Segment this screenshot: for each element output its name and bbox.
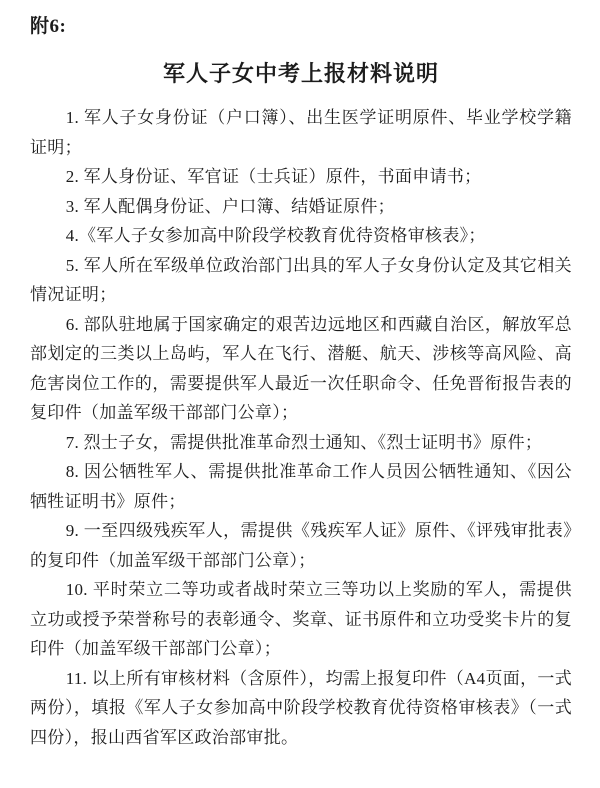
list-item-7: 7. 烈士子女，需提供批准革命烈士通知、《烈士证明书》原件；	[30, 428, 572, 458]
list-item-11: 11. 以上所有审核材料（含原件），均需上报复印件（A4页面，一式两份），填报《…	[30, 664, 572, 753]
document-title: 军人子女中考上报材料说明	[30, 60, 572, 88]
list-item-5: 5. 军人所在军级单位政治部门出具的军人子女身份认定及其它相关情况证明；	[30, 251, 572, 310]
list-item-4: 4.《军人子女参加高中阶段学校教育优待资格审核表》；	[30, 221, 572, 251]
annex-label: 附6:	[30, 14, 572, 40]
document-body: 1. 军人子女身份证（户口簿）、出生医学证明原件、毕业学校学籍证明； 2. 军人…	[30, 103, 572, 752]
list-item-8: 8. 因公牺牲军人、需提供批准革命工作人员因公牺牲通知、《因公牺牲证明书》原件；	[30, 457, 572, 516]
list-item-2: 2. 军人身份证、军官证（士兵证）原件，书面申请书；	[30, 162, 572, 192]
list-item-3: 3. 军人配偶身份证、户口簿、结婚证原件；	[30, 192, 572, 222]
list-item-1: 1. 军人子女身份证（户口簿）、出生医学证明原件、毕业学校学籍证明；	[30, 103, 572, 162]
list-item-6: 6. 部队驻地属于国家确定的艰苦边远地区和西藏自治区，解放军总部划定的三类以上岛…	[30, 310, 572, 428]
list-item-10: 10. 平时荣立二等功或者战时荣立三等功以上奖励的军人，需提供立功或授予荣誉称号…	[30, 575, 572, 664]
document-page: 附6: 军人子女中考上报材料说明 1. 军人子女身份证（户口簿）、出生医学证明原…	[0, 0, 600, 788]
list-item-9: 9. 一至四级残疾军人，需提供《残疾军人证》原件、《评残审批表》的复印件（加盖军…	[30, 516, 572, 575]
